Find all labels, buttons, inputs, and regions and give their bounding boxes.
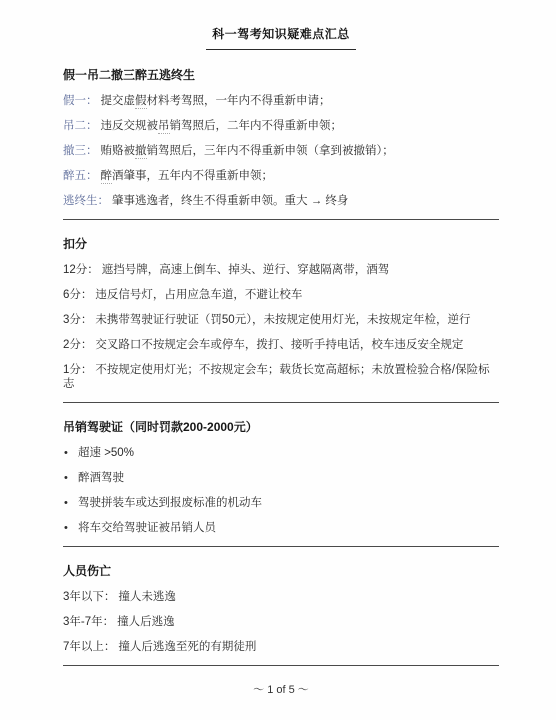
item-text: 违反交规被 — [101, 120, 159, 132]
item-text: 将车交给驾驶证被吊销人员 — [78, 522, 216, 534]
item-label: 3年-7年： — [63, 616, 114, 628]
bullet-list-item: •驾驶拼装车或达到报废标准的机动车 — [63, 496, 499, 510]
item-text: 遮挡号牌，高速上倒车、掉头、逆行、穿越隔离带，酒驾 — [102, 264, 390, 276]
bullet-list-item: •将车交给驾驶证被吊销人员 — [63, 521, 499, 535]
item-text-marked: 醉 — [101, 170, 113, 184]
page-title: 科一驾考知识疑难点汇总 — [206, 25, 356, 50]
item-text: 不按规定使用灯光；不按规定会车；载货长宽高超标；未放置检验合格/保险标志 — [63, 364, 490, 390]
item-text: 违反信号灯，占用应急车道，不避让校车 — [95, 289, 302, 301]
item-text: 提交虚 — [101, 95, 136, 107]
section-heading: 假一吊二撤三醉五逃终生 — [63, 68, 499, 82]
item-text: 醉酒驾驶 — [78, 472, 124, 484]
item-label: 2分： — [63, 339, 92, 351]
bullet-list-item: •醉酒驾驶 — [63, 471, 499, 485]
item-label: 1分： — [63, 364, 92, 376]
bullet-icon: • — [64, 496, 68, 510]
item-text: 贿赂被 — [101, 145, 136, 157]
section-license-revocation: 吊销驾驶证（同时罚款200-2000元） •超速 >50% •醉酒驾驶 •驾驶拼… — [63, 420, 499, 535]
item-label: 3年以下： — [63, 591, 115, 603]
item-text: 交叉路口不按规定会车或停车，拨打、接听手持电话，校车违反安全规定 — [95, 339, 463, 351]
item-label: 3分： — [63, 314, 92, 326]
list-item: 吊二：违反交规被吊销驾照后，二年内不得重新申领； — [63, 119, 499, 133]
item-text: 材料考驾照，一年内不得重新申请； — [147, 95, 331, 107]
section-divider — [63, 402, 499, 403]
section-heading: 人员伤亡 — [63, 564, 499, 578]
list-item: 逃终生：肇事逃逸者，终生不得重新申领。重大 → 终身 — [63, 194, 499, 208]
item-text: 撞人后逃逸 — [117, 616, 175, 628]
section-divider — [63, 665, 499, 666]
item-text-marked: 撤 — [135, 145, 147, 159]
section-demerit-points: 扣分 12分：遮挡号牌，高速上倒车、掉头、逆行、穿越隔离带，酒驾 6分：违反信号… — [63, 237, 499, 391]
item-text-marked: 吊 — [158, 120, 170, 134]
bullet-icon: • — [64, 471, 68, 485]
list-item: 假一：提交虚假材料考驾照，一年内不得重新申请； — [63, 94, 499, 108]
bullet-icon: • — [64, 446, 68, 460]
list-item: 2分：交叉路口不按规定会车或停车，拨打、接听手持电话，校车违反安全规定 — [63, 338, 499, 352]
item-label: 12分： — [63, 264, 99, 276]
section-heading: 扣分 — [63, 237, 499, 251]
section-heading: 吊销驾驶证（同时罚款200-2000元） — [63, 420, 499, 434]
section-divider — [63, 219, 499, 220]
item-text: 超速 >50% — [78, 447, 134, 459]
list-item: 3年以下：撞人未逃逸 — [63, 590, 499, 604]
item-text: 酒肇事，五年内不得重新申领； — [112, 170, 273, 182]
item-text-marked: 假 — [135, 95, 147, 109]
section-divider — [63, 546, 499, 547]
list-item: 12分：遮挡号牌，高速上倒车、掉头、逆行、穿越隔离带，酒驾 — [63, 263, 499, 277]
bullet-list-item: •超速 >50% — [63, 446, 499, 460]
item-label: 7年以上： — [63, 641, 115, 653]
item-text: 未携带驾驶证行驶证（罚50元），未按规定使用灯光，未按规定年检，逆行 — [95, 314, 470, 326]
item-text: 驾驶拼装车或达到报废标准的机动车 — [78, 497, 262, 509]
item-text: 肇事逃逸者，终生不得重新申领。重大 → 终身 — [112, 195, 348, 207]
item-text: 撞人后逃逸至死的有期徒刑 — [118, 641, 256, 653]
item-label: 撤三： — [63, 145, 98, 157]
section-penalty-years: 假一吊二撤三醉五逃终生 假一：提交虚假材料考驾照，一年内不得重新申请； 吊二：违… — [63, 68, 499, 208]
item-label: 6分： — [63, 289, 92, 301]
item-text: 撞人未逃逸 — [118, 591, 176, 603]
list-item: 撤三：贿赂被撤销驾照后，三年内不得重新申领（拿到被撤销）； — [63, 144, 499, 158]
section-casualties: 人员伤亡 3年以下：撞人未逃逸 3年-7年：撞人后逃逸 7年以上：撞人后逃逸至死… — [63, 564, 499, 654]
document-page: 科一驾考知识疑难点汇总 假一吊二撤三醉五逃终生 假一：提交虚假材料考驾照，一年内… — [0, 0, 556, 720]
item-label: 醉五： — [63, 170, 98, 182]
item-text: 销驾照后，二年内不得重新申领； — [170, 120, 343, 132]
list-item: 3年-7年：撞人后逃逸 — [63, 615, 499, 629]
list-item: 3分：未携带驾驶证行驶证（罚50元），未按规定使用灯光，未按规定年检，逆行 — [63, 313, 499, 327]
bullet-icon: • — [64, 521, 68, 535]
list-item: 6分：违反信号灯，占用应急车道，不避让校车 — [63, 288, 499, 302]
item-label: 吊二： — [63, 120, 98, 132]
page-footer: ～ 1 of 5 ～ — [63, 683, 499, 697]
title-block: 科一驾考知识疑难点汇总 — [63, 25, 499, 50]
item-text: 销驾照后，三年内不得重新申领（拿到被撤销）； — [147, 145, 394, 157]
list-item: 醉五：醉酒肇事，五年内不得重新申领； — [63, 169, 499, 183]
list-item: 1分：不按规定使用灯光；不按规定会车；载货长宽高超标；未放置检验合格/保险标志 — [63, 363, 499, 391]
item-label: 假一： — [63, 95, 98, 107]
item-label: 逃终生： — [63, 195, 109, 207]
list-item: 7年以上：撞人后逃逸至死的有期徒刑 — [63, 640, 499, 654]
